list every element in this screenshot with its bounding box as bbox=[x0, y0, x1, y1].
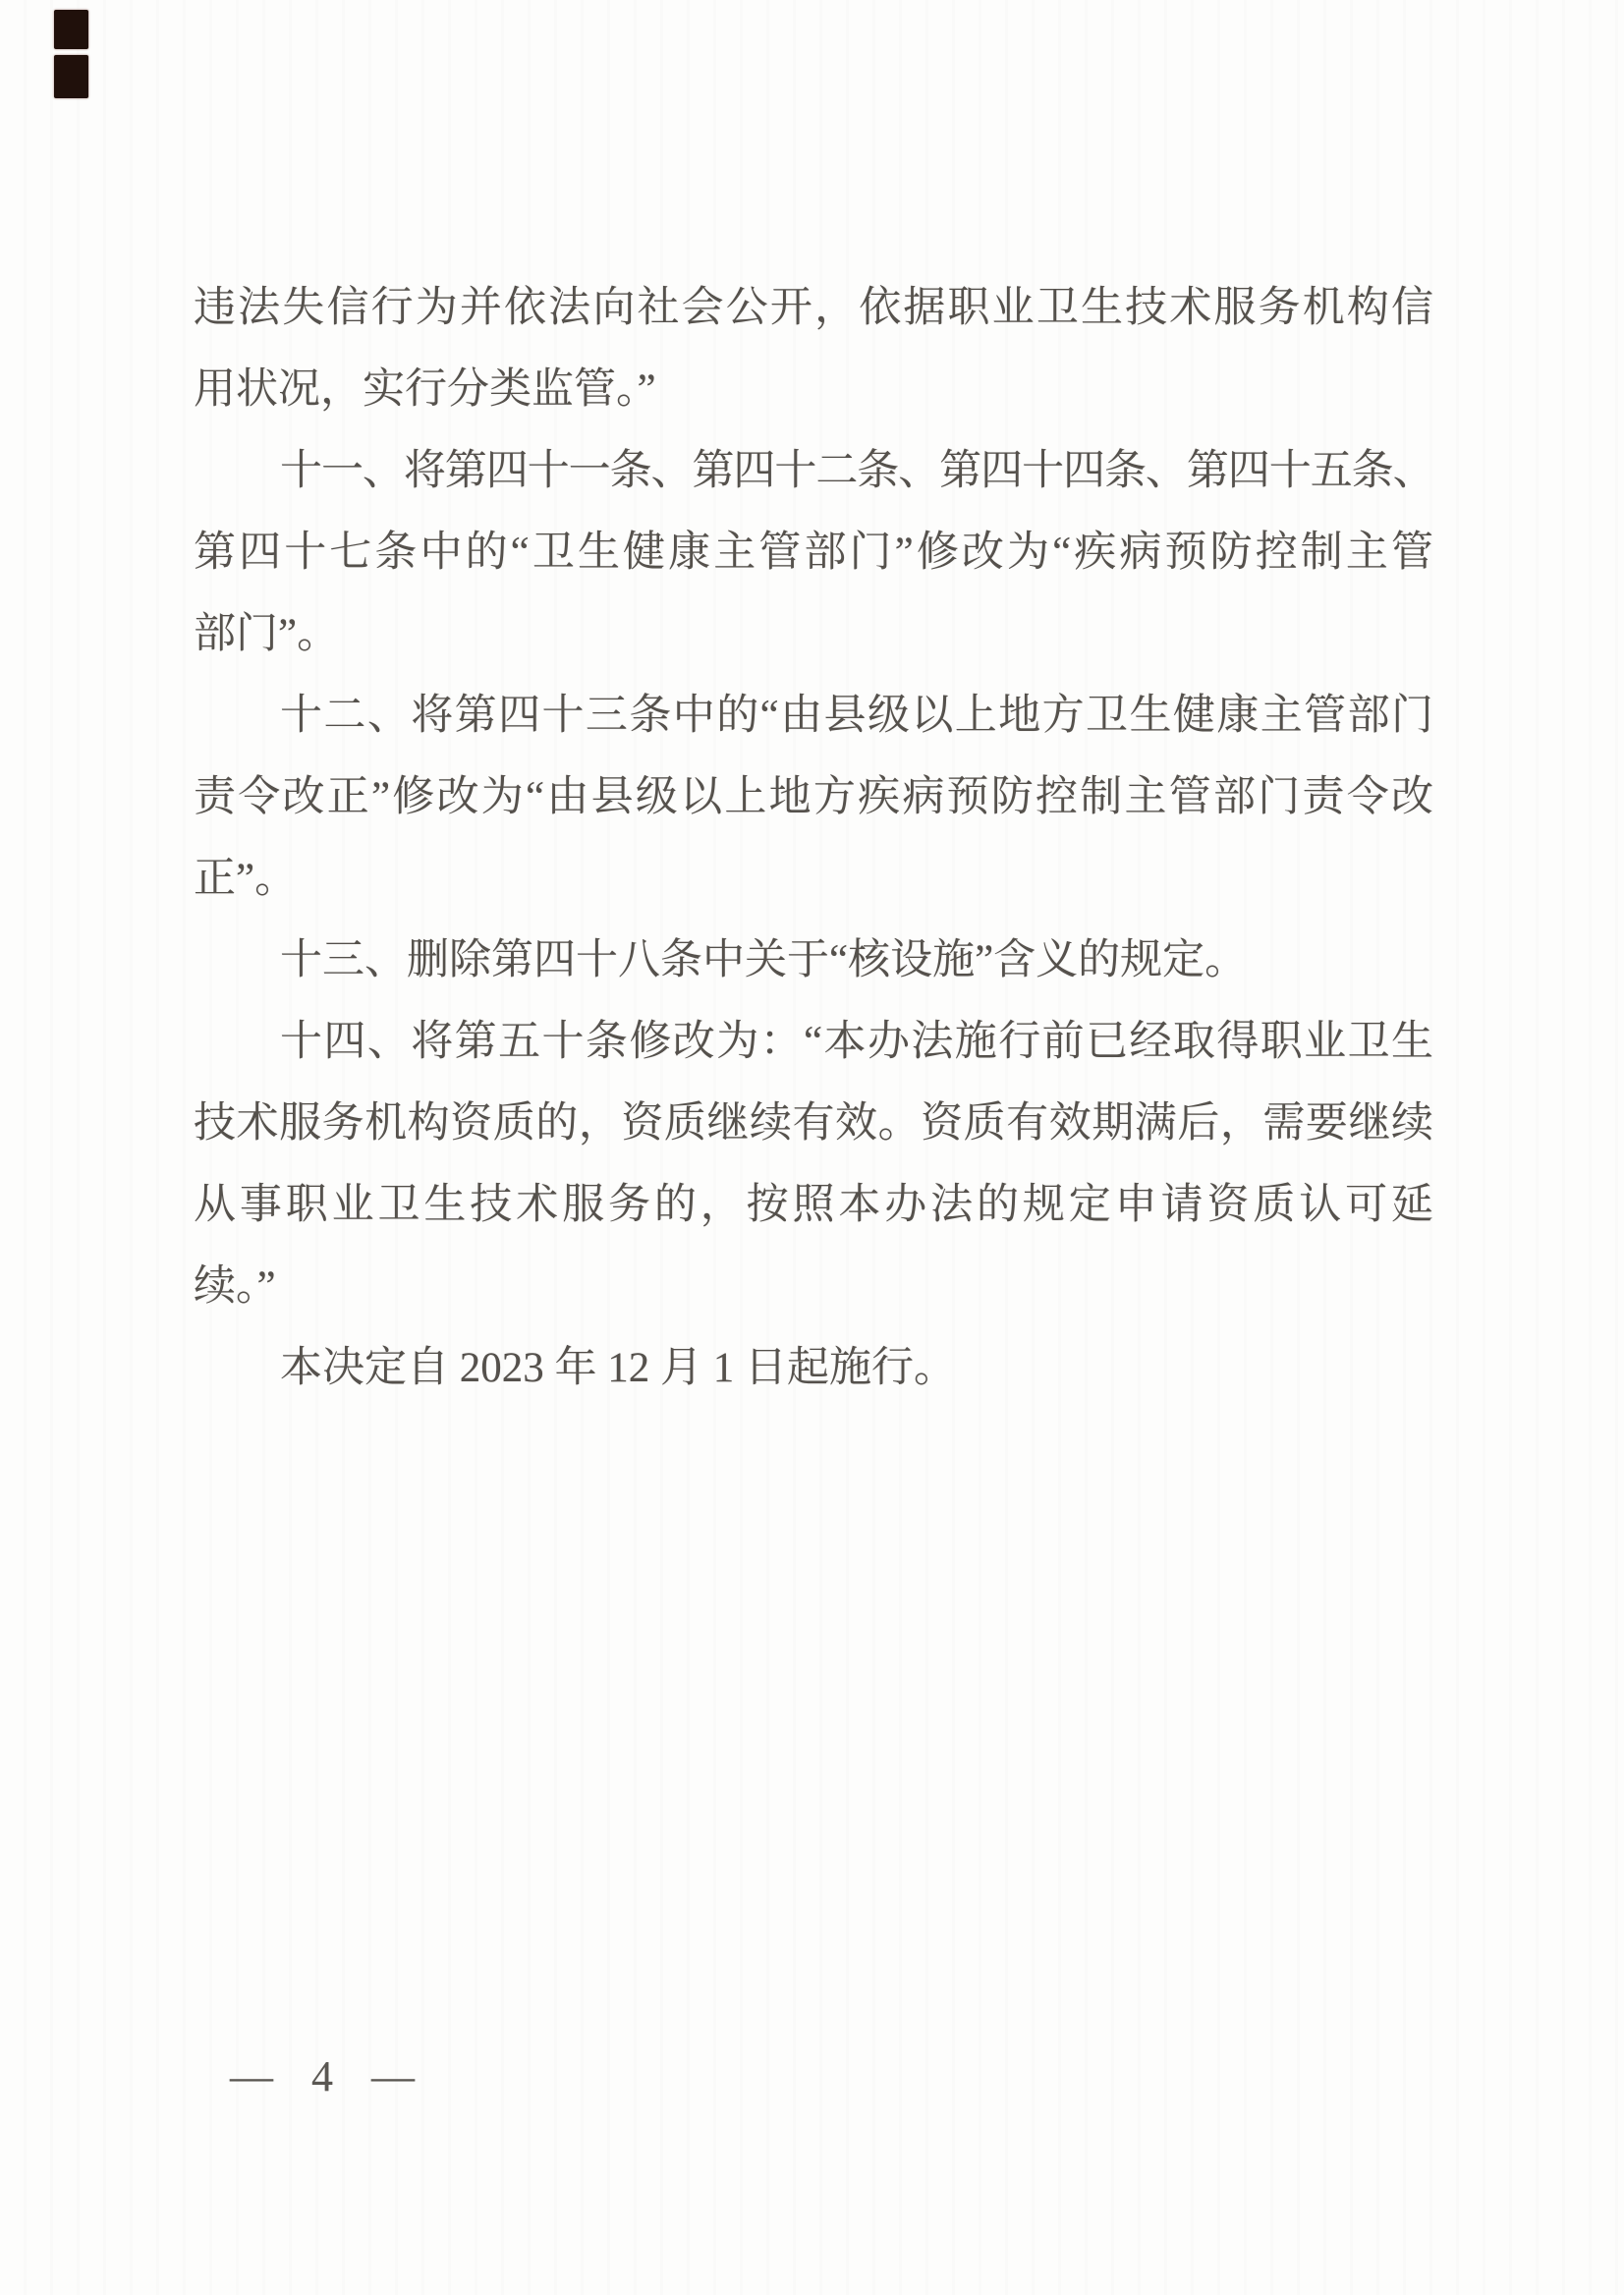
text-line: 续。” bbox=[194, 1246, 1433, 1327]
scan-artifact-mark-bottom bbox=[54, 55, 88, 98]
text-line: 技术服务机构资质的，资质继续有效。资质有效期满后，需要继续 bbox=[194, 1083, 1433, 1164]
text-line: 十一、将第四十一条、第四十二条、第四十四条、第四十五条、 bbox=[194, 430, 1433, 512]
text-line: 十三、删除第四十八条中关于“核设施”含义的规定。 bbox=[194, 920, 1433, 1001]
page-footer: — 4 — bbox=[230, 2051, 416, 2102]
scan-artifact-mark-top bbox=[54, 10, 88, 49]
text-line: 本决定自 2023 年 12 月 1 日起施行。 bbox=[194, 1327, 1433, 1409]
text-line: 十四、将第五十条修改为：“本办法施行前已经取得职业卫生 bbox=[194, 1001, 1433, 1083]
page-number-with-dashes: — 4 — bbox=[230, 2052, 416, 2100]
text-line: 正”。 bbox=[194, 838, 1433, 920]
text-line: 用状况，实行分类监管。” bbox=[194, 349, 1433, 430]
text-line: 从事职业卫生技术服务的，按照本办法的规定申请资质认可延 bbox=[194, 1164, 1433, 1246]
document-text-block: 违法失信行为并依法向社会公开，依据职业卫生技术服务机构信 用状况，实行分类监管。… bbox=[194, 267, 1433, 1409]
text-line: 部门”。 bbox=[194, 593, 1433, 675]
text-line: 责令改正”修改为“由县级以上地方疾病预防控制主管部门责令改 bbox=[194, 756, 1433, 838]
text-line: 十二、将第四十三条中的“由县级以上地方卫生健康主管部门 bbox=[194, 675, 1433, 756]
scanned-document-page: 违法失信行为并依法向社会公开，依据职业卫生技术服务机构信 用状况，实行分类监管。… bbox=[0, 0, 1624, 2295]
text-line: 第四十七条中的“卫生健康主管部门”修改为“疾病预防控制主管 bbox=[194, 512, 1433, 593]
text-line: 违法失信行为并依法向社会公开，依据职业卫生技术服务机构信 bbox=[194, 267, 1433, 349]
